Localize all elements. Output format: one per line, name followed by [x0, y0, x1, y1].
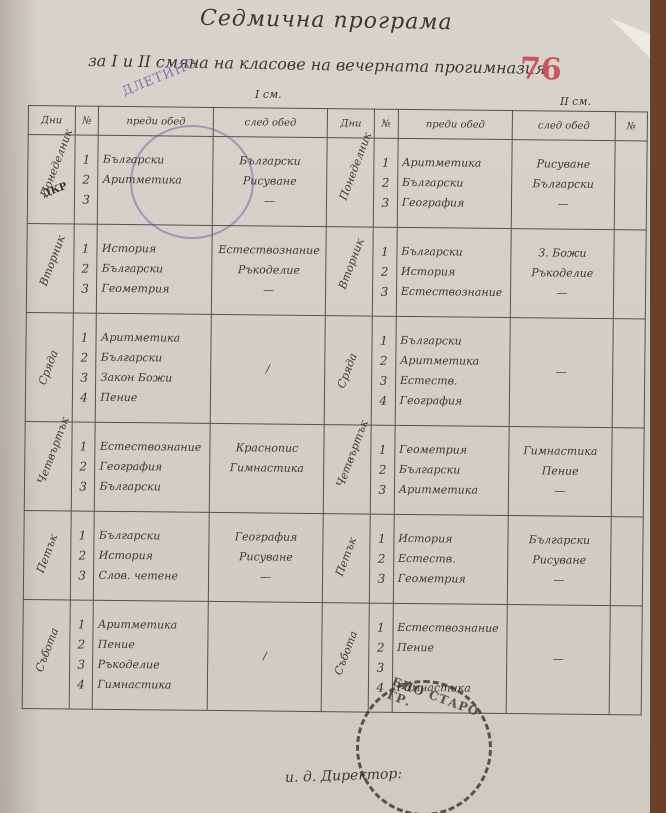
cell-line: География — [213, 527, 319, 548]
cell-line: 4 — [376, 391, 391, 411]
cell-line: 3 — [376, 371, 391, 391]
cell-line: 3 — [74, 655, 89, 675]
cell-line: — — [216, 280, 322, 301]
extra-cell — [610, 517, 643, 606]
extra-cell — [611, 428, 644, 517]
cell-line: 3 — [78, 279, 93, 299]
afternoon-subjects-cell: З. БожиРъкоделие— — [511, 229, 615, 319]
afternoon-subjects-cell: ГеографияРисуване— — [208, 512, 323, 602]
folded-corner — [610, 18, 650, 58]
cell-line: География — [100, 457, 206, 478]
cell-line: Гимнастика — [514, 441, 608, 462]
cell-line: Български — [401, 242, 507, 263]
cell-line — [214, 478, 320, 499]
cell-line: Пение — [397, 638, 503, 659]
cell-line: — — [513, 481, 607, 502]
afternoon-subjects-cell: БългарскиРисуване— — [507, 516, 611, 606]
cell-line: 1 — [378, 153, 393, 173]
table-row: Събота1234АритметикаПениеРъкоделиеГимнас… — [22, 599, 642, 714]
day-label: Вторник — [336, 252, 361, 290]
header-morning: преди обед — [99, 106, 214, 136]
day-cell: Понеделник — [327, 138, 375, 227]
day-cell: Четвъртък — [324, 425, 372, 514]
red-document-number: 76 — [519, 51, 562, 87]
table-row: Понеделник123БългарскиАритметика Българс… — [27, 135, 647, 230]
table-row: Петък123БългарскиИсторияСлов. четенеГеог… — [23, 510, 643, 605]
cell-line: 1 — [79, 150, 94, 170]
cell-line: Български — [516, 174, 610, 195]
lesson-number-cell: 123 — [71, 422, 96, 511]
table-row: Четвъртък123ЕстествознаниеГеографияБълга… — [24, 421, 644, 516]
cell-line: Български — [513, 530, 607, 551]
cell-line: — — [516, 194, 610, 215]
table-row: Вторник123ИсторияБългарскиГеометрияЕстес… — [26, 223, 646, 318]
cell-line: Български — [101, 348, 207, 369]
lesson-number-cell: 1234 — [69, 600, 94, 709]
shift-left-label: I см. — [255, 88, 282, 101]
document-page: Седмична програма за I и II смяна на кла… — [0, 0, 650, 813]
cell-line: — — [515, 283, 609, 304]
shift-right-label: II см. — [560, 95, 591, 108]
header-afternoon-2: след обед — [512, 111, 615, 141]
cell-line: 3 — [378, 193, 393, 213]
day-cell: Петък — [23, 510, 71, 599]
lesson-number-cell: 123 — [73, 224, 98, 313]
cell-line: Гимнастика — [97, 675, 203, 696]
cell-line: Геометрия — [398, 569, 504, 590]
cell-line: Геометрия — [101, 279, 207, 300]
cell-line: 1 — [377, 242, 392, 262]
cell-line: Аритметика — [400, 351, 506, 372]
afternoon-subjects-cell: ЕстествознаниеРъкоделие— — [211, 225, 326, 315]
afternoon-subjects-cell: / — [210, 314, 326, 424]
cell-line: 3 — [377, 282, 392, 302]
background-edge — [650, 0, 666, 813]
cell-line — [397, 658, 503, 679]
cell-line: Аритметика — [98, 615, 204, 636]
cell-line: Ръкоделие — [515, 263, 609, 284]
lesson-number-cell: 123 — [370, 425, 395, 514]
cell-line: География — [402, 193, 508, 214]
cell-line: — — [511, 649, 605, 670]
cell-line: Български — [99, 526, 205, 547]
cell-line: Български — [217, 151, 323, 172]
lesson-number-cell: 1234 — [371, 316, 396, 425]
cell-line: 1 — [78, 239, 93, 259]
cell-line: Естествознание — [216, 240, 322, 261]
cell-line: — — [217, 191, 323, 212]
day-label: Четвъртък — [334, 450, 359, 488]
cell-line: История — [99, 546, 205, 567]
lesson-number-cell: 123 — [70, 511, 95, 600]
cell-line: 2 — [76, 457, 91, 477]
cell-line: / — [215, 359, 321, 380]
cell-line: Български — [103, 150, 209, 171]
cell-line: Пение — [513, 461, 607, 482]
day-cell: Петък — [323, 514, 371, 603]
afternoon-subjects-cell: РисуванеБългарски— — [511, 140, 615, 230]
afternoon-subjects-cell: КраснописГимнастика — [209, 423, 324, 513]
cell-line: 2 — [378, 173, 393, 193]
lesson-number-cell: 123 — [372, 227, 397, 316]
cell-line: Гимнастика — [214, 458, 320, 479]
cell-line: 2 — [78, 259, 93, 279]
day-label: Четвъртък — [35, 447, 60, 485]
cell-line: Аритметика — [399, 480, 505, 501]
table-row: Сряда1234АритметикаБългарскиЗакон БожиПе… — [25, 312, 645, 427]
morning-subjects-cell: БългарскиИсторияСлов. четене — [94, 511, 209, 601]
header-afternoon: след обед — [213, 107, 328, 137]
cell-line: Български — [399, 460, 505, 481]
cell-line: История — [401, 262, 507, 283]
cell-line: 3 — [373, 658, 388, 678]
morning-subjects-cell: АритметикаБългарскиЗакон БожиПение — [96, 313, 212, 423]
morning-subjects-cell: ГеометрияБългарскиАритметика — [394, 425, 509, 515]
lesson-number-cell: 123 — [369, 514, 394, 603]
cell-line: Аритметика — [402, 153, 508, 174]
morning-subjects-cell: АритметикаПениеРъкоделиеГимнастика — [93, 600, 209, 710]
header-extra: № — [615, 112, 647, 141]
cell-line: Естеств. — [400, 371, 506, 392]
afternoon-subjects-cell: — — [506, 605, 610, 715]
cell-line: 2 — [373, 638, 388, 658]
day-label: Сряда — [335, 351, 360, 389]
cell-line: 3 — [77, 368, 92, 388]
morning-subjects-cell: ИсторияЕстеств.Геометрия — [393, 514, 508, 604]
cell-line: Рисуване — [217, 171, 323, 192]
extra-cell — [613, 230, 646, 319]
cell-line: История — [398, 529, 504, 550]
cell-line: 2 — [79, 170, 94, 190]
cell-line: Рисуване — [213, 547, 319, 568]
afternoon-subjects-cell: БългарскиРисуване— — [212, 136, 327, 226]
day-cell: Вторник — [326, 227, 374, 316]
cell-line: 3 — [374, 569, 389, 589]
cell-line: Аритметика — [103, 170, 209, 191]
day-cell: Вторник — [26, 223, 74, 312]
cell-line — [102, 190, 208, 211]
cell-line: 2 — [75, 546, 90, 566]
header-num-2: № — [374, 109, 398, 138]
day-label: Петък — [333, 539, 358, 577]
cell-line: 1 — [373, 618, 388, 638]
lesson-number-cell: 123 — [74, 135, 99, 224]
cell-line: Български — [402, 173, 508, 194]
morning-subjects-cell: БългарскиАритметика — [98, 135, 213, 225]
day-cell: Събота — [321, 603, 369, 712]
cell-line: 1 — [74, 615, 89, 635]
cell-line: Естеств. — [398, 549, 504, 570]
cell-line: — — [512, 570, 606, 591]
cell-line: 1 — [75, 526, 90, 546]
afternoon-subjects-cell: / — [207, 601, 323, 711]
cell-line: 3 — [375, 480, 390, 500]
morning-subjects-cell: АритметикаБългарскиГеография — [397, 138, 512, 228]
morning-subjects-cell: БългарскиИсторияЕстествознание — [396, 227, 511, 317]
lesson-number-cell: 1234 — [72, 313, 97, 422]
day-label: Събота — [33, 635, 58, 673]
cell-line: Рисуване — [517, 154, 611, 175]
day-cell: Сряда — [25, 312, 73, 421]
header-morning-2: преди обед — [398, 109, 513, 139]
cell-line: / — [212, 646, 318, 667]
cell-line: Геометрия — [399, 440, 505, 461]
cell-line: 1 — [77, 328, 92, 348]
cell-line: 1 — [376, 331, 391, 351]
day-label: Понеделник — [337, 163, 362, 201]
day-cell: Сряда — [324, 316, 372, 425]
cell-line: 2 — [74, 635, 89, 655]
cell-line: 4 — [76, 388, 91, 408]
cell-line: Пение — [100, 388, 206, 409]
cell-line: 2 — [77, 348, 92, 368]
cell-line: 4 — [73, 675, 88, 695]
cell-line: 1 — [76, 437, 91, 457]
cell-line: Ръкоделие — [98, 655, 204, 676]
cell-line: 2 — [376, 351, 391, 371]
cell-line: — — [514, 362, 608, 383]
cell-line: — — [213, 567, 319, 588]
cell-line: 3 — [76, 477, 91, 497]
document-title: Седмична програма — [200, 6, 453, 35]
cell-line: Ръкоделие — [216, 260, 322, 281]
morning-subjects-cell: ЕстествознаниеГеографияБългарски — [95, 422, 210, 512]
cell-line: 2 — [375, 460, 390, 480]
cell-line: Слов. четене — [98, 566, 204, 587]
day-label: Петък — [34, 536, 59, 574]
extra-cell — [612, 319, 645, 428]
cell-line: Пение — [98, 635, 204, 656]
lesson-number-cell: 123 — [373, 138, 398, 227]
morning-subjects-cell: ИсторияБългарскиГеометрия — [97, 224, 212, 314]
day-cell: Понеделник — [27, 135, 75, 224]
cell-line: История — [102, 239, 208, 260]
day-label: Събота — [332, 638, 357, 676]
cell-line: З. Божи — [516, 243, 610, 264]
cell-line: 3 — [79, 190, 94, 210]
cell-line: Естествознание — [100, 437, 206, 458]
afternoon-subjects-cell: ГимнастикаПение— — [508, 427, 612, 517]
afternoon-subjects-cell: — — [509, 318, 613, 428]
round-ink-stamp: ЕНО СТАРО ГР. — [356, 680, 492, 813]
cell-line: Рисуване — [512, 550, 606, 571]
cell-line: Закон Божи — [101, 368, 207, 389]
extra-cell — [609, 606, 642, 715]
cell-line: 3 — [75, 566, 90, 586]
morning-subjects-cell: БългарскиАритметикаЕстеств.География — [395, 316, 511, 426]
cell-line: 1 — [375, 440, 390, 460]
cell-line: 1 — [374, 529, 389, 549]
cell-line: Български — [102, 259, 208, 280]
cell-line: Естествознание — [397, 618, 503, 639]
cell-line: Български — [400, 331, 506, 352]
cell-line: География — [400, 391, 506, 412]
day-label: Сряда — [36, 348, 61, 386]
day-cell: Събота — [22, 599, 70, 708]
cell-line: 2 — [374, 549, 389, 569]
header-num: № — [75, 106, 99, 135]
weekly-schedule-table: Дни № преди обед след обед Дни № преди о… — [22, 105, 648, 715]
cell-line: Естествознание — [401, 282, 507, 303]
extra-cell — [614, 141, 647, 230]
day-label: Вторник — [37, 249, 62, 287]
cell-line: Краснопис — [214, 438, 320, 459]
cell-line: Аритметика — [101, 328, 207, 349]
day-cell: Четвъртък — [24, 421, 72, 510]
cell-line: 2 — [377, 262, 392, 282]
cell-line: Български — [99, 477, 205, 498]
